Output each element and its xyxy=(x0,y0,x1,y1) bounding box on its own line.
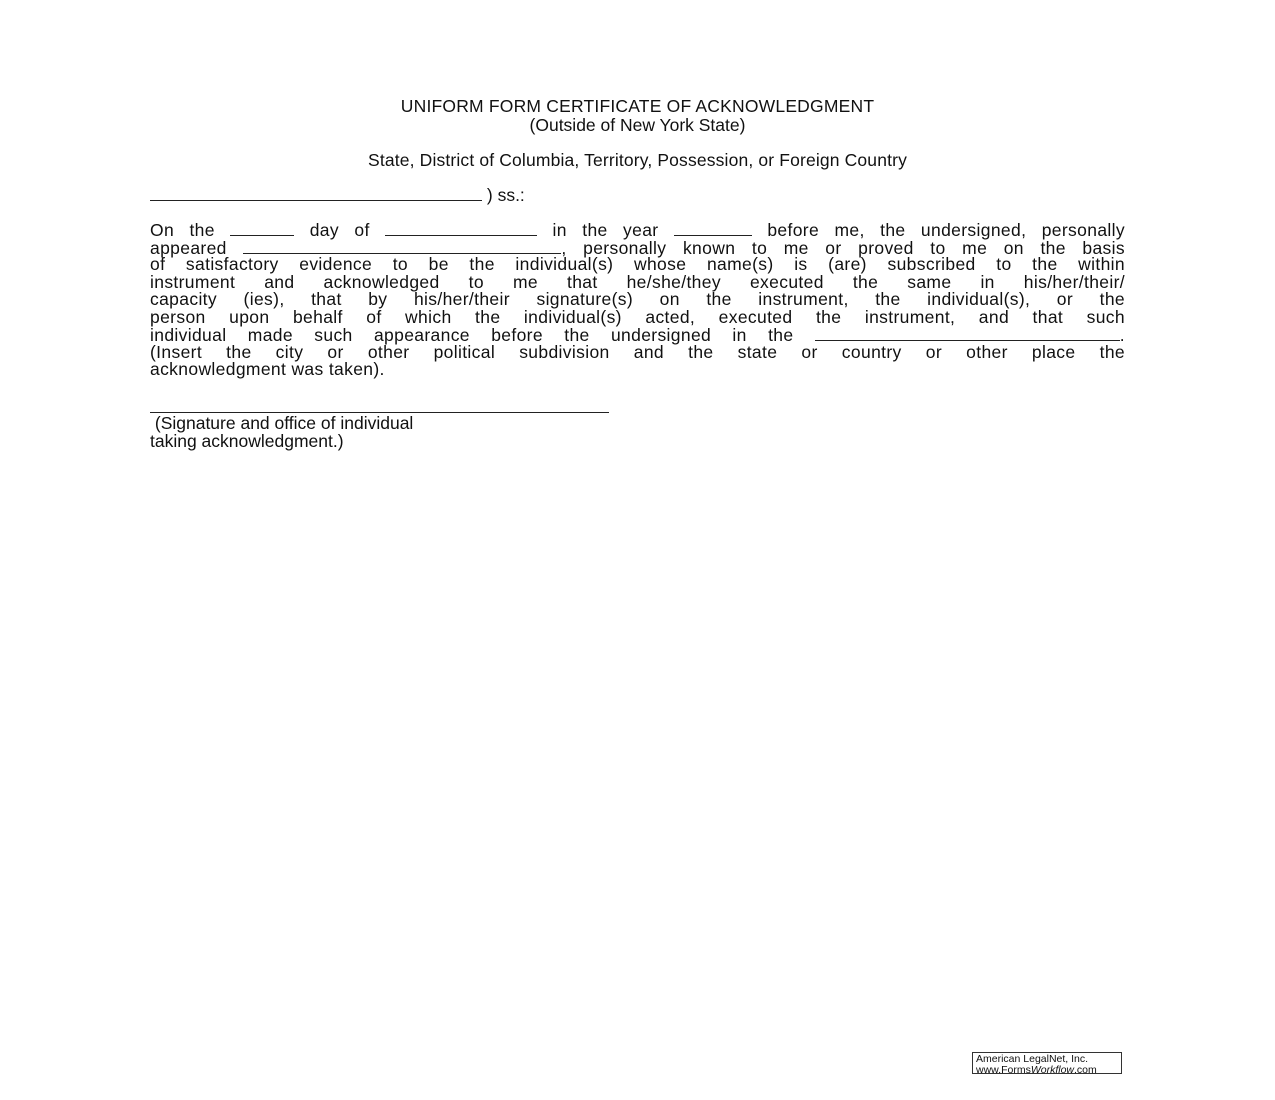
url-prefix: www.Forms xyxy=(976,1064,1031,1076)
body-line-1: On the day of in the year before me, the… xyxy=(150,221,1125,239)
place-blank-field[interactable] xyxy=(815,326,1120,341)
venue-line: ) ss.: xyxy=(150,186,525,205)
url-italic: Workflow xyxy=(1031,1064,1074,1076)
url-suffix: .com xyxy=(1074,1064,1097,1076)
year-blank-field[interactable] xyxy=(674,221,752,236)
document-page: UNIFORM FORM CERTIFICATE OF ACKNOWLEDGME… xyxy=(0,0,1275,1100)
jurisdiction-caption: State, District of Columbia, Territory, … xyxy=(0,151,1275,170)
publisher-url: www.FormsWorkflow.com xyxy=(976,1065,1121,1076)
body-line-9: acknowledgment was taken). xyxy=(150,361,1125,379)
body-line-3: of satisfactory evidence to be the indiv… xyxy=(150,256,1125,274)
name-blank-field[interactable] xyxy=(243,239,561,254)
venue-blank-field[interactable] xyxy=(150,186,482,201)
acknowledgment-body: On the day of in the year before me, the… xyxy=(150,221,1125,379)
day-blank-field[interactable] xyxy=(230,221,294,236)
body-line-7: individual made such appearance before t… xyxy=(150,326,1125,344)
body-text: day of xyxy=(310,220,370,240)
signature-caption-line-1: (Signature and office of individual xyxy=(150,414,413,432)
body-line-6: person upon behalf of which the individu… xyxy=(150,309,1125,327)
body-line-5: capacity (ies), that by his/her/their si… xyxy=(150,291,1125,309)
venue-ss-label: ) ss.: xyxy=(487,185,525,205)
signature-caption-line-2: taking acknowledgment.) xyxy=(150,432,413,450)
month-blank-field[interactable] xyxy=(385,221,537,236)
document-subtitle: (Outside of New York State) xyxy=(0,116,1275,135)
signature-caption: (Signature and office of individual taki… xyxy=(150,414,413,450)
document-title: UNIFORM FORM CERTIFICATE OF ACKNOWLEDGME… xyxy=(0,97,1275,116)
publisher-badge: American LegalNet, Inc. www.FormsWorkflo… xyxy=(972,1052,1122,1074)
